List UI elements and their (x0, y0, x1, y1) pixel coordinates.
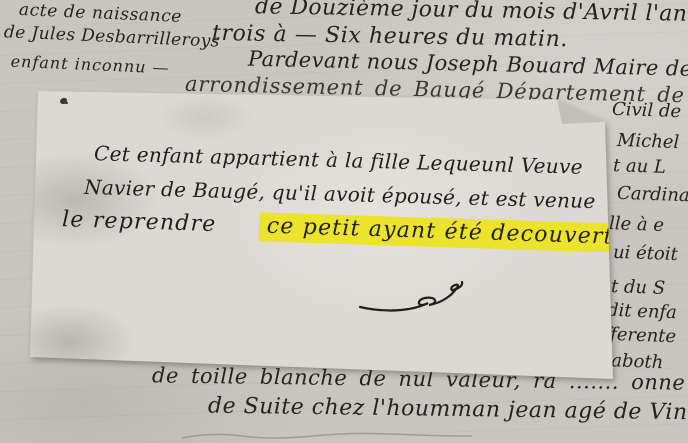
highlighted-text: ce petit ayant été decouvert (258, 212, 624, 252)
right-fragment-fferente: fferente (604, 324, 677, 348)
right-fragment-au-l: t au L (613, 155, 667, 178)
right-fragment-lle: lle à e (609, 213, 665, 236)
right-fragment-michel: Michel (617, 130, 680, 153)
right-fragment-civil: Civil de (612, 99, 682, 122)
right-fragment-du: t du S (611, 276, 666, 299)
ink-blot (60, 98, 67, 104)
right-fragment-cardina: Cardina (617, 183, 688, 207)
right-fragment-etoit: ui étoit (613, 242, 678, 265)
note-line-3: le reprendre ce petit ayant été decouver… (62, 207, 624, 250)
faint-partial-line (180, 430, 480, 442)
paraph-flourish-icon (358, 280, 478, 316)
note-line-1: Cet enfant appartient à la fille Lequeun… (94, 141, 583, 179)
paper-slip-note: Cet enfant appartient à la fille Lequeun… (28, 88, 618, 383)
document-scan: acte de naissance de Jules Desbarrillero… (0, 0, 688, 443)
note-line-2: Navier de Baugé, qu'il avoit épousé, et … (84, 175, 596, 213)
spacer (224, 231, 250, 232)
right-fragment-dit-enfant: dit enfa (607, 300, 678, 323)
register-line-suite: de Suite chez l'houmman jean agé de Ving… (208, 393, 688, 425)
margin-annotation: acte de naissance de Jules Desbarrillero… (3, 0, 221, 68)
note-line-3-prefix: le reprendre (62, 207, 217, 237)
